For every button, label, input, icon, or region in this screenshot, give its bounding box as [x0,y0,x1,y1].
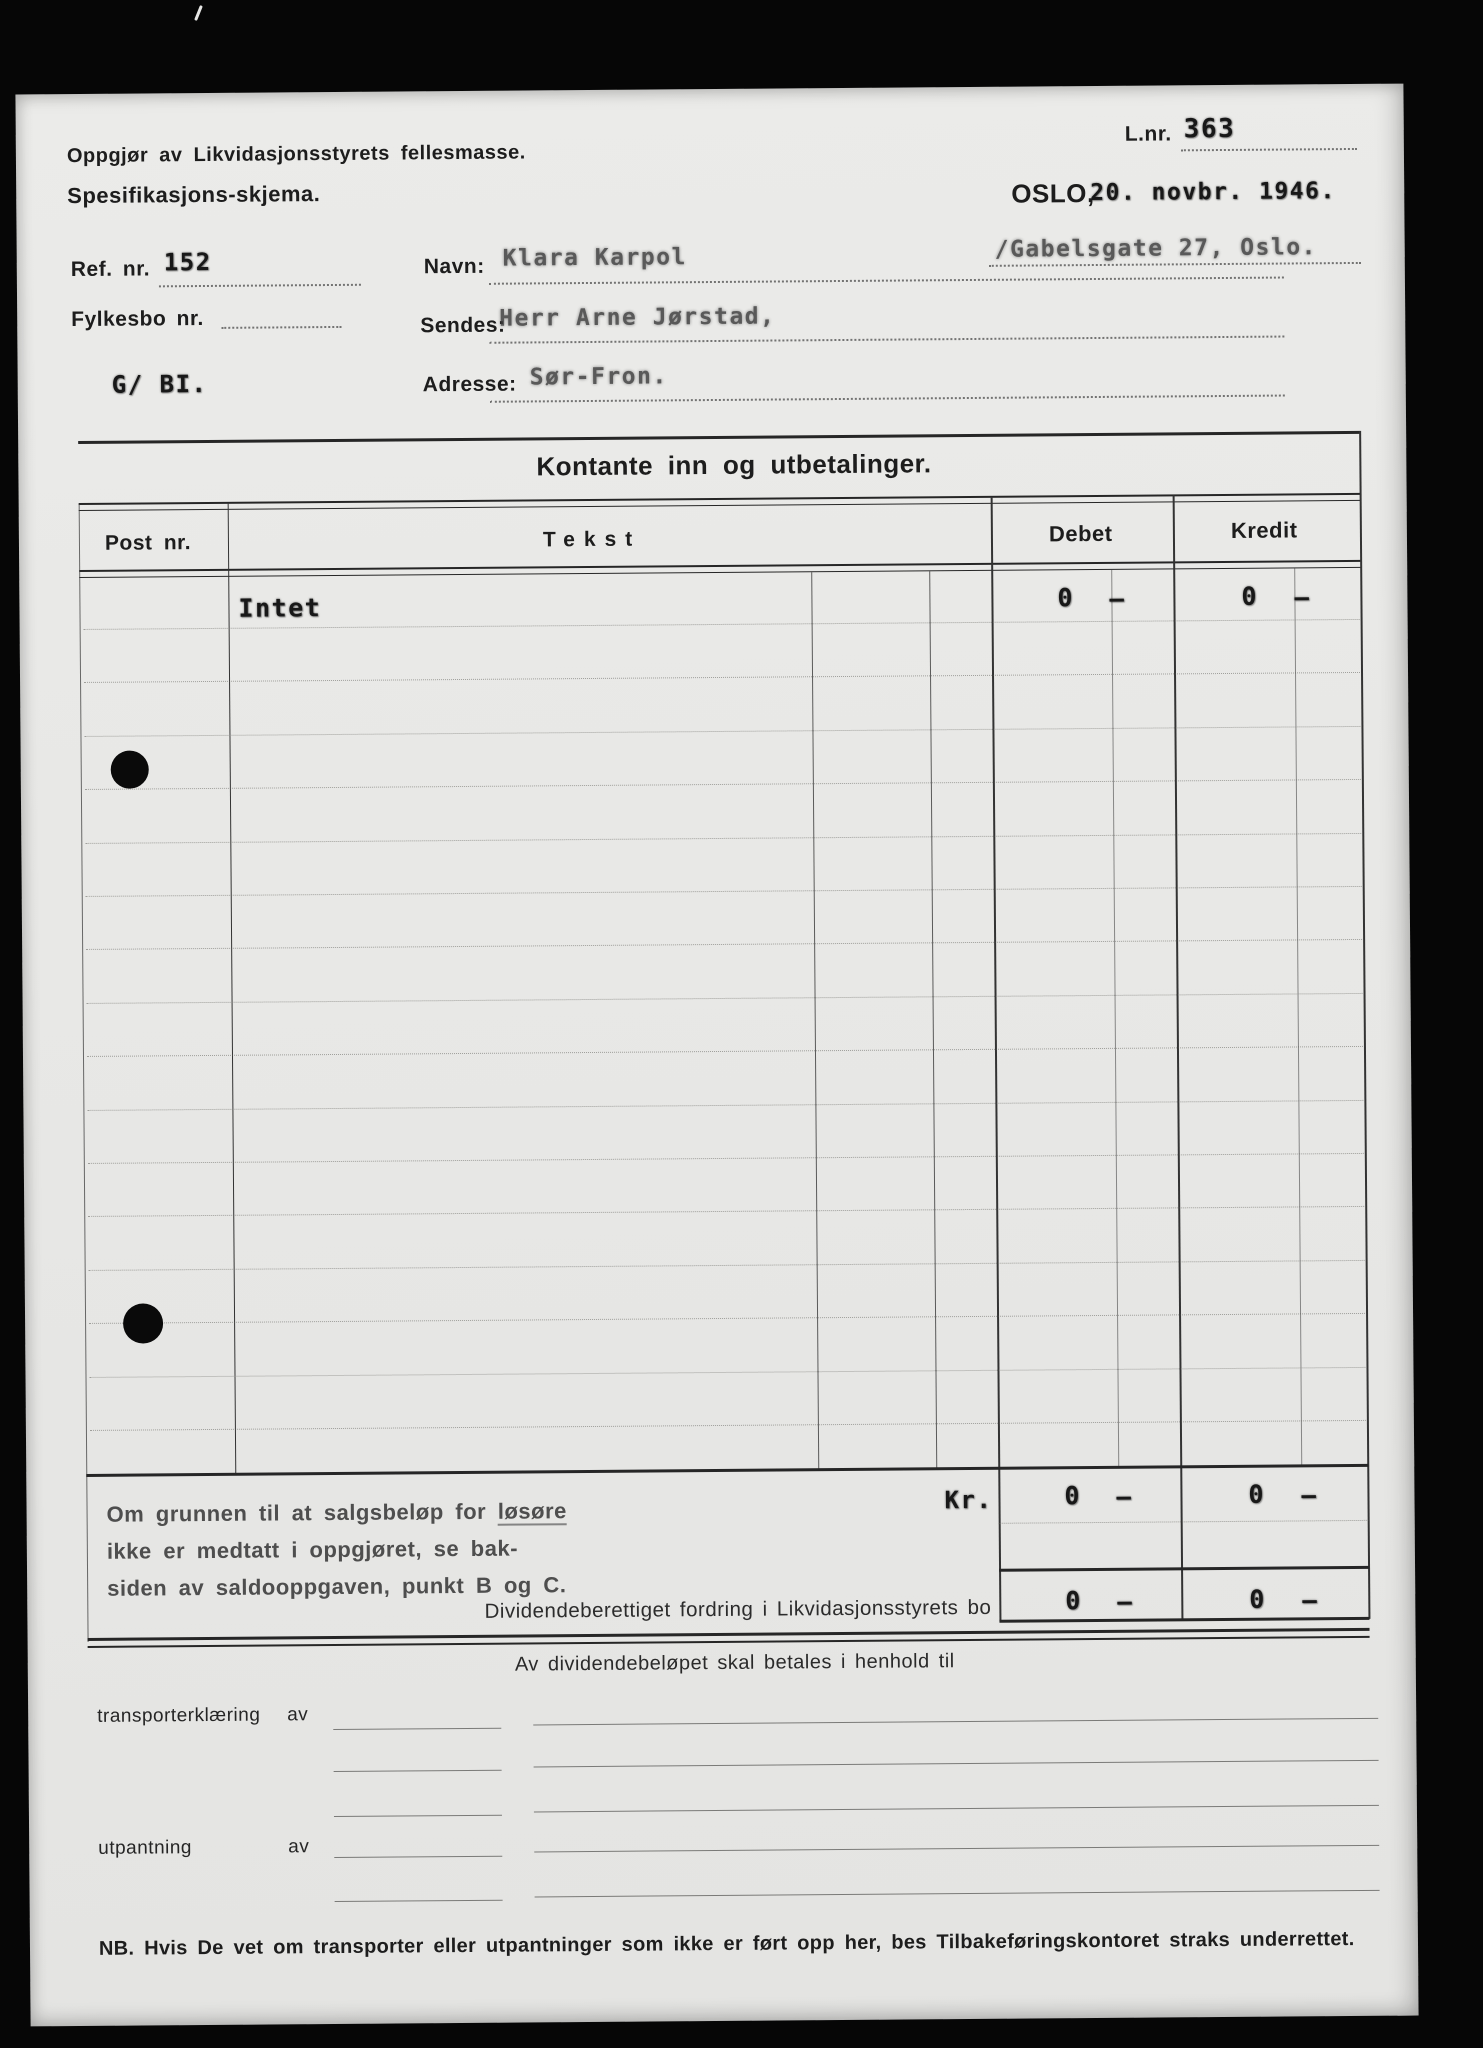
sendes-value: Herr Arne Jørstad, [499,304,775,332]
column-header-debet: Debet [1049,521,1113,547]
salgsbelop-note-line2: ikke er medtatt i oppgjøret, se bak- [107,1529,568,1570]
rotated-scan-layer: Oppgjør av Likvidasjonsstyrets fellesmas… [0,0,1483,2048]
column-header-post-nr: Post nr. [105,531,191,556]
navn-label: Navn: [424,255,485,279]
punch-hole-top [111,750,149,788]
table-body-row-lines [0,0,1470,3]
scanned-document-canvas: { "form": { "top": { "line1": "Oppgjør a… [0,0,1483,2048]
summary2-debet-ore: – [1117,1588,1133,1616]
case-code-value: G/ BI. [112,370,208,399]
fylkesbo-label: Fylkesbo nr. [71,307,204,332]
column-header-kredit: Kredit [1231,517,1298,544]
dividend-payment-heading: Av dividendebeløpet skal betales i henho… [490,1650,980,1677]
adresse-value: Sør-Fron. [530,363,668,390]
salgsbelop-note: Om grunnen til at salgsbeløp for løsøre … [106,1492,567,1607]
entry-kredit-kr: 0 [1241,582,1258,611]
sendes-label: Sendes: [420,314,505,339]
utpantning-label: utpantning [98,1837,192,1860]
punch-hole-bottom [123,1303,163,1343]
ref-value: 152 [164,248,212,276]
lnr-value: 363 [1184,114,1236,144]
form-title-line2: Spesifikasjons-skjema. [67,181,320,209]
summary2-debet-kr: 0 [1065,1586,1082,1615]
table-title: Kontante inn og utbetalinger. [536,448,931,482]
note-line1-underlined: løsøre [498,1498,567,1526]
note-line1-text: Om grunnen til at salgsbeløp for [106,1499,486,1527]
adresse-label: Adresse: [423,373,517,398]
column-header-tekst: Tekst [543,528,641,553]
summary1-debet-kr: 0 [1064,1481,1081,1510]
dividend-claim-label: Dividendeberettiget fordring i Likvidasj… [419,1596,991,1624]
utpantning-av-label: av [288,1836,309,1858]
summary1-kredit-kr: 0 [1248,1480,1265,1509]
transport-av-label: av [287,1704,308,1726]
date-value: 20. novbr. 1946. [1090,178,1336,206]
summary1-kredit-ore: – [1301,1481,1317,1509]
navn-value: Klara Karpol [503,244,687,271]
entry-debet-kr: 0 [1057,583,1074,612]
creditor-address-value: /Gabelsgate 27, Oslo. [995,234,1317,263]
entry-debet-ore: – [1109,585,1125,613]
form-title-line1: Oppgjør av Likvidasjonsstyrets fellesmas… [67,141,526,168]
entry-tekst-value: Intet [238,593,321,623]
summary1-debet-ore: – [1116,1483,1132,1511]
kr-label: Kr. [944,1486,992,1514]
transport-label: transporterklæring [97,1705,260,1728]
summary2-kredit-ore: – [1302,1586,1318,1614]
salgsbelop-note-line1: Om grunnen til at salgsbeløp for løsøre [106,1492,567,1533]
city-label: OSLO, [1011,178,1095,210]
ref-label: Ref. nr. [71,257,150,282]
summary2-kredit-kr: 0 [1249,1585,1266,1614]
lnr-label: L.nr. [1125,122,1172,146]
entry-kredit-ore: – [1294,583,1310,611]
